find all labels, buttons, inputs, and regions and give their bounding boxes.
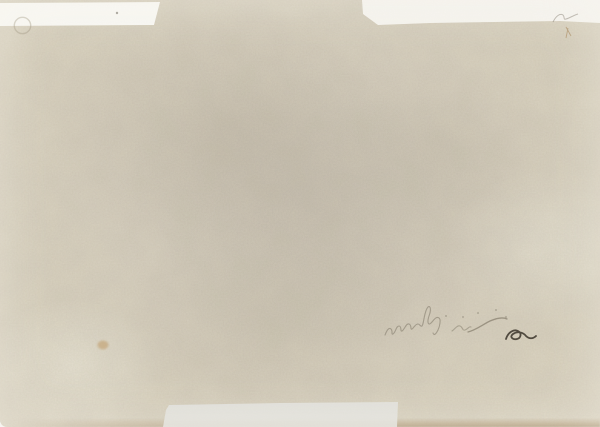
paper-bottom-edge-shadow bbox=[0, 418, 600, 427]
paper-sheet bbox=[0, 0, 600, 427]
photo-verso-scan bbox=[0, 0, 600, 427]
